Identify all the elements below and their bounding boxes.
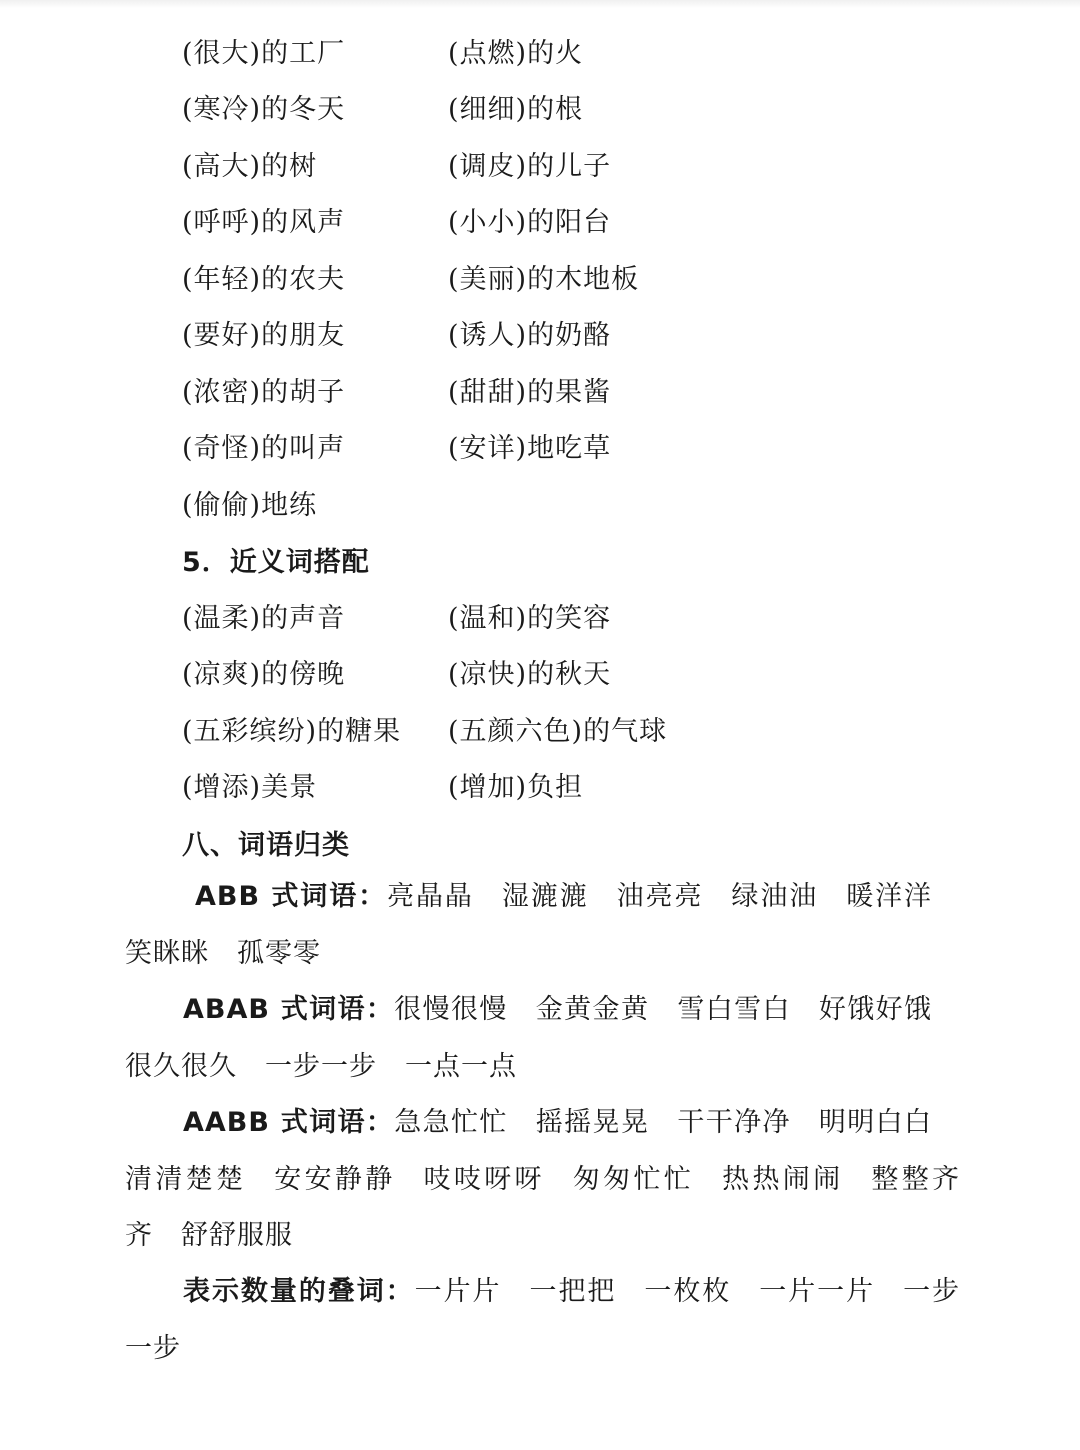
word-item: 一片一片 — [759, 1276, 875, 1307]
pair-row: (增添)美景 (增加)负担 — [182, 757, 982, 814]
word-item: 热热闹闹 — [722, 1164, 843, 1195]
pair-right: (小小)的阳台 — [448, 200, 611, 239]
word-item: 吱吱呀呀 — [424, 1164, 545, 1195]
section4-pairs: (很大)的工厂 (点燃)的火 (寒冷)的冬天 (细细)的根 (高大)的树 (调皮… — [182, 22, 982, 531]
pair-row: (呼呼)的风声 (小小)的阳台 — [182, 192, 982, 249]
pair-left: (浓密)的胡子 — [182, 370, 448, 409]
group-label: AABB 式词语： — [183, 1107, 394, 1138]
pair-right: (点燃)的火 — [448, 31, 583, 70]
word-item: 干干净净 — [677, 1107, 791, 1138]
pair-left: (寒冷)的冬天 — [182, 87, 448, 126]
pair-right: (调皮)的儿子 — [448, 144, 611, 183]
pair-right: (增加)负担 — [448, 765, 583, 804]
pair-right: (细细)的根 — [448, 87, 583, 126]
pair-row: (浓密)的胡子 (甜甜)的果酱 — [182, 361, 982, 418]
pair-row: (五彩缤纷)的糖果 (五颜六色)的气球 — [182, 700, 982, 757]
word-item: 摇摇晃晃 — [536, 1107, 650, 1138]
pair-right: (甜甜)的果酱 — [448, 370, 611, 409]
pair-right: (安详)地吃草 — [448, 426, 611, 465]
word-item: 雪白雪白 — [677, 994, 791, 1025]
word-item: 绿油油 — [731, 881, 818, 912]
pair-row: (偷偷)地练 — [182, 474, 982, 531]
word-item: 好饿好饿 — [819, 994, 932, 1025]
group-label: ABB 式词语： — [195, 881, 387, 912]
word-item: 湿漉漉 — [502, 881, 589, 912]
pair-left: (年轻)的农夫 — [182, 257, 448, 296]
pair-right: (温和)的笑容 — [448, 596, 611, 635]
section5-heading: 5．近义词搭配 — [182, 540, 370, 579]
word-item: 清清楚楚 — [125, 1164, 246, 1195]
word-group-abab: ABAB 式词语：很慢很慢金黄金黄雪白雪白好饿好饿很久很久一步一步一点一点 — [125, 982, 960, 1095]
word-group-aabb: AABB 式词语：急急忙忙摇摇晃晃干干净净明明白白清清楚楚安安静静吱吱呀呀匆匆忙… — [125, 1095, 960, 1265]
word-item: 一点一点 — [405, 1051, 517, 1082]
pair-row: (高大)的树 (调皮)的儿子 — [182, 135, 982, 192]
section5-pairs: (温柔)的声音 (温和)的笑容 (凉爽)的傍晚 (凉快)的秋天 (五彩缤纷)的糖… — [182, 587, 982, 813]
word-item: 很慢很慢 — [394, 994, 508, 1025]
word-item: 一片片 — [415, 1276, 502, 1307]
section8-heading: 八、词语归类 — [182, 823, 350, 862]
word-group-abb: ABB 式词语：亮晶晶湿漉漉油亮亮绿油油暖洋洋笑眯眯孤零零 — [125, 869, 960, 982]
word-item: 一步一步 — [265, 1051, 377, 1082]
pair-right: (美丽)的木地板 — [448, 257, 639, 296]
pair-left: (要好)的朋友 — [182, 313, 448, 352]
pair-row: (很大)的工厂 (点燃)的火 — [182, 22, 982, 79]
word-item: 金黄金黄 — [536, 994, 650, 1025]
pair-row: (凉爽)的傍晚 (凉快)的秋天 — [182, 644, 982, 701]
pair-row: (寒冷)的冬天 (细细)的根 — [182, 79, 982, 136]
pair-left: (呼呼)的风声 — [182, 200, 448, 239]
pair-right: (五颜六色)的气球 — [448, 709, 667, 748]
word-item: 匆匆忙忙 — [573, 1164, 694, 1195]
pair-left: (温柔)的声音 — [182, 596, 448, 635]
pair-left: (凉爽)的傍晚 — [182, 652, 448, 691]
pair-right: (凉快)的秋天 — [448, 652, 611, 691]
pair-left: (奇怪)的叫声 — [182, 426, 448, 465]
word-item: 笑眯眯 — [125, 938, 209, 969]
word-item: 很久很久 — [125, 1051, 237, 1082]
word-group-quantity: 表示数量的叠词：一片片一把把一枚枚一片一片一步一步 — [125, 1264, 960, 1377]
pair-left: (增添)美景 — [182, 765, 448, 804]
pair-left: (五彩缤纷)的糖果 — [182, 709, 448, 748]
word-item: 安安静静 — [274, 1164, 395, 1195]
pair-row: (年轻)的农夫 (美丽)的木地板 — [182, 248, 982, 305]
pair-left: (偷偷)地练 — [182, 483, 448, 522]
word-item: 孤零零 — [237, 938, 321, 969]
word-item: 油亮亮 — [617, 881, 704, 912]
pair-row: (温柔)的声音 (温和)的笑容 — [182, 587, 982, 644]
pair-row: (要好)的朋友 (诱人)的奶酪 — [182, 305, 982, 362]
word-item: 暖洋洋 — [846, 881, 932, 912]
group-label: ABAB 式词语： — [183, 994, 394, 1025]
word-item: 一把把 — [530, 1276, 617, 1307]
pair-right: (诱人)的奶酪 — [448, 313, 611, 352]
pair-row: (奇怪)的叫声 (安详)地吃草 — [182, 418, 982, 475]
pair-left: (高大)的树 — [182, 144, 448, 183]
word-item: 一枚枚 — [644, 1276, 731, 1307]
word-item: 亮晶晶 — [387, 881, 474, 912]
word-item: 明明白白 — [819, 1107, 932, 1138]
pair-left: (很大)的工厂 — [182, 31, 448, 70]
word-item: 急急忙忙 — [394, 1107, 508, 1138]
group-label: 表示数量的叠词： — [183, 1276, 415, 1307]
page-top-edge — [0, 0, 1080, 8]
word-item: 舒舒服服 — [181, 1220, 293, 1251]
